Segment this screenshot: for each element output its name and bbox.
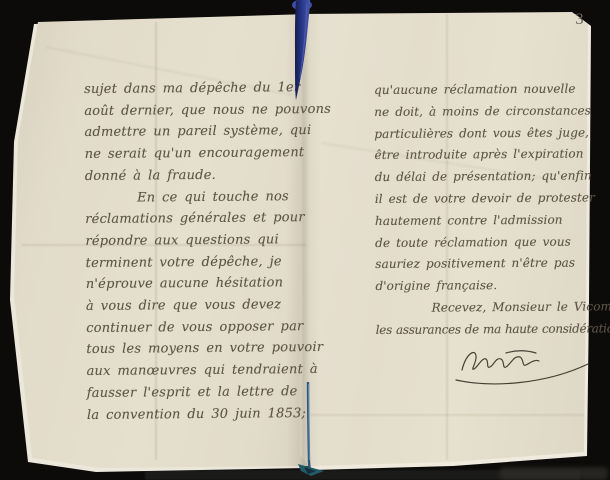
manuscript-line: hautement contre l'admission	[375, 209, 610, 233]
manuscript-line: du délai de présentation; qu'enfin	[375, 165, 610, 189]
manuscript-line: répondre aux questions qui	[85, 229, 332, 253]
manuscript-line: donné à la fraude.	[85, 164, 332, 188]
manuscript-line: ne doit, à moins de circonstances	[374, 100, 610, 124]
signature-flourish-icon	[448, 344, 596, 392]
letter-scan: 3 sujet dans ma dépêche du 1er août dern…	[0, 0, 610, 480]
manuscript-line: sauriez positivement n'être pas	[375, 253, 610, 277]
manuscript-line: admettre un pareil système, qui	[84, 120, 331, 144]
manuscript-line: de toute réclamation que vous	[375, 231, 610, 255]
manuscript-line: être introduite après l'expiration	[374, 144, 610, 168]
crease-line	[310, 414, 584, 416]
manuscript-line: qu'aucune réclamation nouvelle	[374, 78, 610, 102]
manuscript-line: août dernier, que nous ne pouvons	[84, 99, 331, 123]
manuscript-line: particulières dont vous êtes juge,	[374, 122, 610, 146]
manuscript-line: les assurances de ma haute considération…	[376, 318, 610, 342]
manuscript-line: continuer de vous opposer par	[86, 316, 333, 340]
left-page-text: sujet dans ma dépêche du 1er août dernie…	[84, 77, 334, 426]
manuscript-line: terminent votre dépêche, je	[86, 250, 333, 274]
manuscript-line: d'origine française.	[375, 274, 610, 298]
manuscript-line: Recevez, Monsieur le Vicomte,	[376, 296, 610, 320]
manuscript-line: réclamations générales et pour	[85, 207, 332, 231]
manuscript-line: n'éprouve aucune hésitation	[86, 272, 333, 296]
manuscript-line: ne serait qu'un encouragement	[85, 142, 332, 166]
manuscript-line: fausser l'esprit et la lettre de	[87, 381, 334, 405]
page-number: 3	[575, 12, 584, 28]
manuscript-line: En ce qui touche nos	[85, 185, 332, 209]
right-page-text: qu'aucune réclamation nouvelle ne doit, …	[374, 78, 610, 341]
manuscript-line: tous les moyens en votre pouvoir	[86, 337, 333, 361]
manuscript-line: sujet dans ma dépêche du 1er	[84, 77, 331, 101]
manuscript-line: aux manœuvres qui tendraient à	[86, 359, 333, 383]
manuscript-line: la convention du 30 juin 1853;	[87, 402, 334, 426]
manuscript-line: il est de votre devoir de protester	[375, 187, 610, 211]
manuscript-line: à vous dire que vous devez	[86, 294, 333, 318]
mat-corner	[500, 467, 608, 480]
